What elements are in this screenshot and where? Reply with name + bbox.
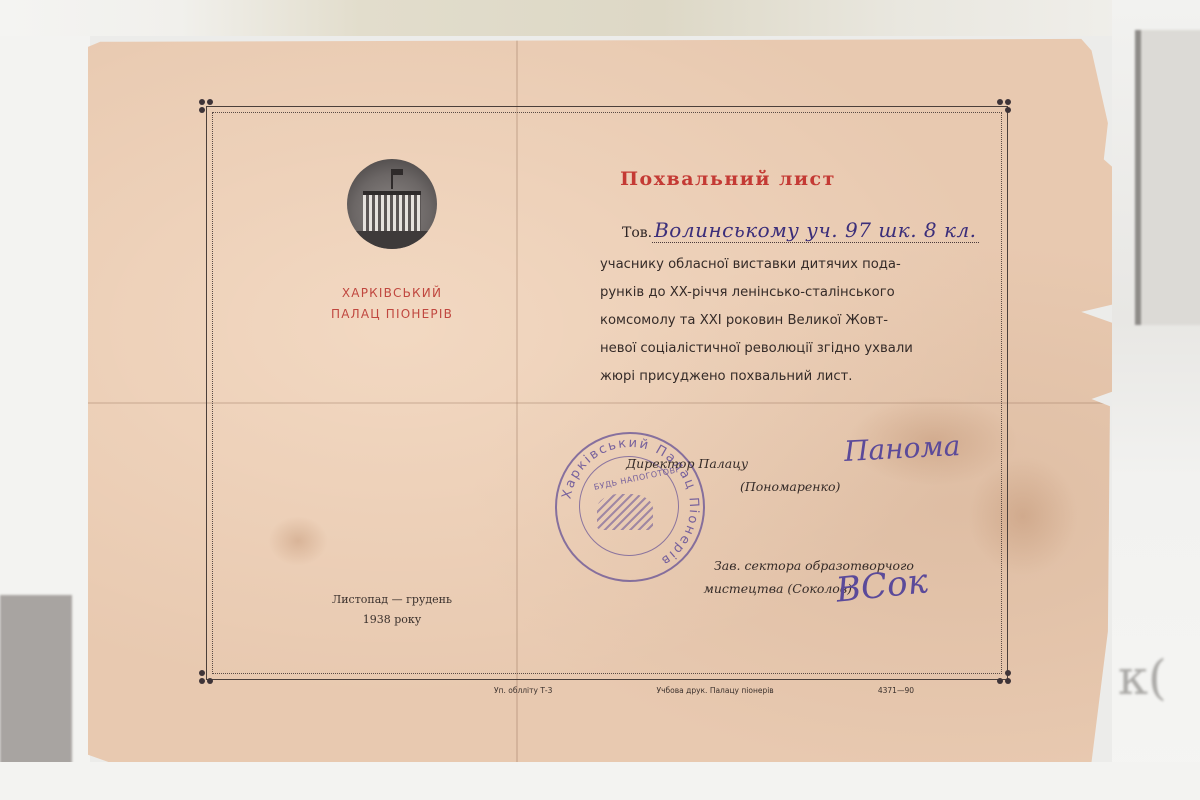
director-title: Директор Палацу (626, 456, 748, 471)
director-signature: Панома (843, 429, 961, 468)
background-handwriting: к( (1118, 650, 1178, 710)
footer-censor: Уп. обллiту Т-3 (494, 686, 552, 695)
corner-ornament-icon (199, 670, 215, 686)
body-line: невої соціалістичної революції згідно ух… (600, 335, 1002, 363)
certificate-title: Похвальний лист (588, 168, 868, 190)
official-stamp: Харківський Палац Піонерів БУДЬ НАПОГОТО… (555, 432, 705, 582)
corner-ornament-icon (997, 99, 1013, 115)
body-line: рунків до XX-річчя ленінсько-сталінськог… (600, 279, 1002, 307)
body-line: комсомолу та XXI роковин Великої Жовт- (600, 307, 1002, 335)
organization-name: ХАРКІВСЬКИЙ ПАЛАЦ ПІОНЕРІВ (310, 283, 474, 325)
corner-ornament-icon (997, 670, 1013, 686)
art-sector-head-name: мистецтва (Соколов) (698, 581, 852, 596)
director-name: (Пономаренко) (740, 479, 840, 494)
background-surface-bottom (0, 762, 1200, 800)
palace-building-emblem-icon (347, 159, 437, 249)
issue-date: Листопад — грудень 1938 року (310, 590, 474, 630)
body-line: учаснику обласної виставки дитячих пода- (600, 251, 1002, 279)
body-line: жюрі присуджено похвальний лист. (600, 363, 1002, 391)
certificate-paper: ХАРКІВСЬКИЙ ПАЛАЦ ПІОНЕРІВ Похвальний ли… (88, 36, 1112, 762)
background-surface-top (0, 0, 1200, 36)
background-right-card (1135, 30, 1200, 325)
recipient-line: Тов.Волинському уч. 97 шк. 8 кл. (622, 218, 1002, 242)
recipient-handwritten-name: Волинському уч. 97 шк. 8 кл. (652, 218, 978, 243)
stamp-campfire-icon (597, 494, 653, 530)
print-footer: Уп. обллiту Т-3 Учбова друк. Палацу піон… (494, 686, 914, 695)
footer-code: 4371—90 (878, 686, 914, 695)
certificate-body: учаснику обласної виставки дитячих пода-… (600, 251, 1002, 391)
recipient-prefix: Тов. (622, 225, 652, 241)
corner-ornament-icon (199, 99, 215, 115)
footer-printer: Учбова друк. Палацу піонерів (657, 686, 774, 695)
